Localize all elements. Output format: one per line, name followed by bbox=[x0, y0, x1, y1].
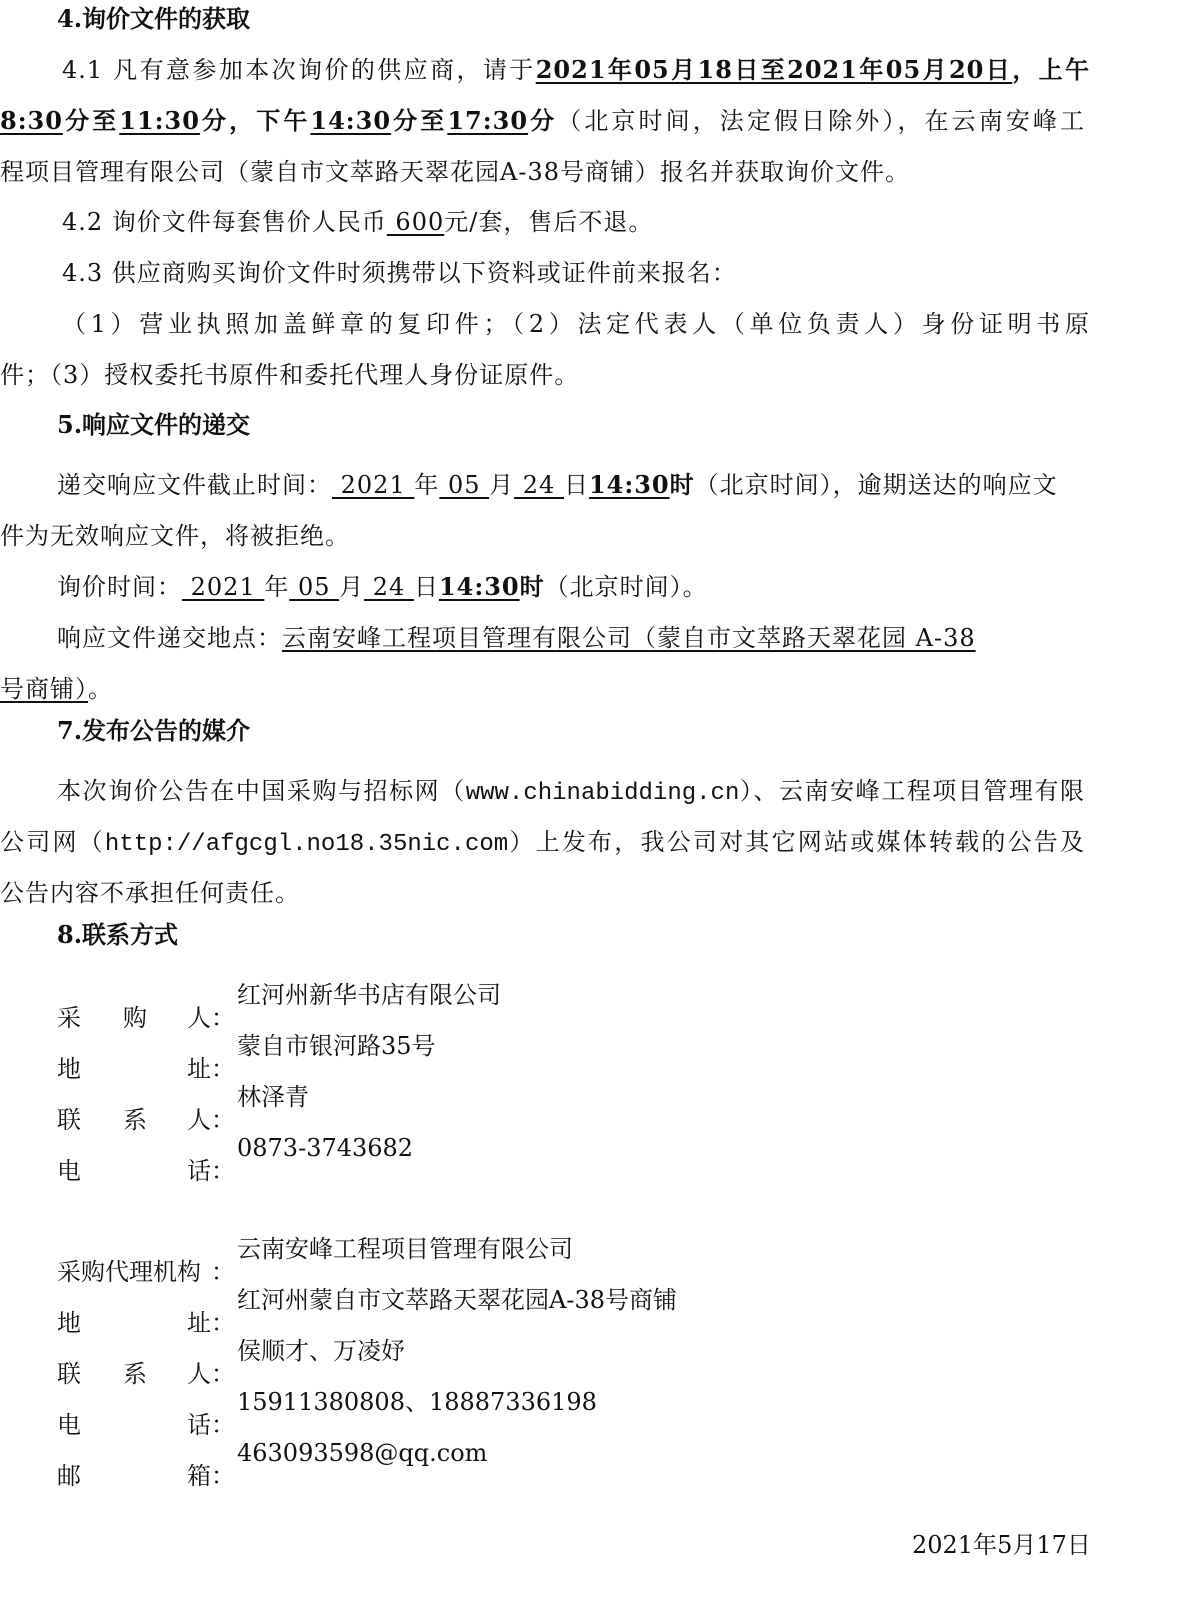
location-end: 。 bbox=[88, 675, 113, 703]
purchaser-name-row: 采购人：红河州新华书店有限公司 bbox=[57, 980, 501, 1010]
inquiry-day-unit: 日 bbox=[414, 573, 439, 601]
inquiry-month-unit: 月 bbox=[339, 573, 364, 601]
inquiry-day: 24 bbox=[364, 573, 414, 601]
p41-sep1: 分至 bbox=[63, 106, 119, 135]
p41-sep2: 分，下午 bbox=[200, 106, 310, 135]
label-char: 人 bbox=[187, 1359, 211, 1389]
label-char: 购 bbox=[123, 1003, 147, 1033]
purchaser-phone-row: 电话：0873-3743682 bbox=[57, 1133, 413, 1163]
paragraph-4-1-line1: 4.1 凡有意参加本次询价的供应商，请于2021年05月18日至2021年05月… bbox=[62, 55, 1090, 85]
label-char: 电 bbox=[57, 1410, 81, 1440]
agency-contact-persons: 侯顺才、万凌妤 bbox=[237, 1336, 405, 1366]
deadline-year-unit: 年 bbox=[414, 471, 439, 499]
inquiry-month: 05 bbox=[289, 573, 339, 601]
purchaser-contact-row: 联系人：林泽青 bbox=[57, 1082, 309, 1112]
submission-location-line2: 号商铺）。 bbox=[0, 674, 113, 704]
paragraph-4-3: 4.3 供应商购买询价文件时须携带以下资料或证件前来报名： bbox=[62, 258, 737, 288]
purchaser-contact-person: 林泽青 bbox=[237, 1082, 309, 1112]
agency-address-row: 地址：红河州蒙自市文萃路天翠花园A-38号商铺 bbox=[57, 1285, 677, 1315]
paragraph-4-1-line2: 8:30分至11:30分，下午14:30分至17:30分（北京时间，法定假日除外… bbox=[0, 106, 1085, 136]
purchaser-address-row: 地址：蒙自市银河路35号 bbox=[57, 1031, 436, 1061]
location-label: 响应文件递交地点： bbox=[57, 624, 282, 652]
inquiry-time-rest: （北京时间）。 bbox=[545, 573, 708, 601]
required-items-line1: （1）营业执照加盖鲜章的复印件；（2）法定代表人（单位负责人）身份证明书原 bbox=[62, 309, 1090, 339]
deadline-time-unit: 时 bbox=[670, 470, 695, 499]
deadline-day: 24 bbox=[514, 471, 564, 499]
company-url: http://afgcgl.no18.35nic.com bbox=[105, 831, 508, 858]
inquiry-year-unit: 年 bbox=[264, 573, 289, 601]
media-line2: 公司网（http://afgcgl.no18.35nic.com）上发布，我公司… bbox=[0, 827, 1085, 860]
label-char: 系 bbox=[123, 1105, 147, 1135]
signature-date: 2021年5月17日 bbox=[912, 1530, 1091, 1560]
label-char: 系 bbox=[123, 1359, 147, 1389]
inquiry-time-value: 14:30 bbox=[439, 572, 520, 601]
agency-address: 红河州蒙自市文萃路天翠花园A-38号商铺 bbox=[237, 1285, 677, 1315]
deadline-day-unit: 日 bbox=[564, 471, 589, 499]
deadline-line1: 递交响应文件截止时间： 2021 年 05 月 24 日14:30时（北京时间）… bbox=[57, 470, 1058, 500]
media-line1: 本次询价公告在中国采购与招标网（www.chinabidding.cn）、云南安… bbox=[57, 776, 1085, 809]
label-char: 址 bbox=[187, 1054, 211, 1084]
media-line2-a: 公司网（ bbox=[0, 828, 105, 856]
deadline-year: 2021 bbox=[332, 471, 414, 499]
paragraph-4-2: 4.2 询价文件每套售价人民币 600元/套，售后不退。 bbox=[62, 207, 653, 237]
submission-location-line1: 响应文件递交地点：云南安峰工程项目管理有限公司（蒙自市文萃路天翠花园 A-38 bbox=[57, 623, 1085, 653]
label-full: 采购代理机构 bbox=[57, 1257, 201, 1287]
label-char: 话 bbox=[187, 1410, 211, 1440]
media-line3: 公告内容不承担任何责任。 bbox=[0, 878, 300, 908]
purchaser-address: 蒙自市银河路35号 bbox=[237, 1031, 436, 1061]
inquiry-year: 2021 bbox=[182, 573, 264, 601]
p41-after-dates: ，上午 bbox=[1012, 55, 1090, 84]
time-am-end: 11:30 bbox=[119, 106, 200, 135]
deadline-month: 05 bbox=[439, 471, 489, 499]
label-colon: ： bbox=[211, 1461, 235, 1491]
label-char: 话 bbox=[187, 1156, 211, 1186]
media-line1-b: ）、云南安峰工程项目管理有限 bbox=[739, 777, 1085, 805]
document-price: 600 bbox=[387, 208, 444, 236]
label-colon: ： bbox=[211, 1359, 235, 1389]
label-char: 人 bbox=[187, 1003, 211, 1033]
paragraph-4-1-line3: 程项目管理有限公司（蒙自市文萃路天翠花园A-38号商铺）报名并获取询价文件。 bbox=[0, 157, 910, 187]
agency-phone: 15911380808、18887336198 bbox=[237, 1387, 597, 1417]
agency-contact-row: 联系人：侯顺才、万凌妤 bbox=[57, 1336, 405, 1366]
label-char: 地 bbox=[57, 1054, 81, 1084]
deadline-label: 递交响应文件截止时间： bbox=[57, 471, 332, 499]
section-7-heading: 7.发布公告的媒介 bbox=[57, 716, 250, 746]
agency-name: 云南安峰工程项目管理有限公司 bbox=[237, 1234, 573, 1264]
chinabidding-url: www.chinabidding.cn bbox=[466, 780, 740, 807]
inquiry-time-label: 询价时间： bbox=[57, 573, 182, 601]
deadline-time: 14:30 bbox=[589, 470, 670, 499]
deadline-line2: 件为无效响应文件，将被拒绝。 bbox=[0, 521, 350, 551]
p41-sep4: 分 bbox=[528, 106, 557, 135]
media-line2-b: ）上发布，我公司对其它网站或媒体转载的公告及 bbox=[508, 828, 1085, 856]
label-colon: ： bbox=[211, 1054, 235, 1084]
media-line1-a: 本次询价公告在中国采购与招标网（ bbox=[57, 777, 466, 805]
p41-prefix: 4.1 凡有意参加本次询价的供应商，请于 bbox=[62, 56, 536, 84]
agency-name-row: 采购代理机构：云南安峰工程项目管理有限公司 bbox=[57, 1234, 573, 1264]
label-colon: ： bbox=[211, 1308, 235, 1338]
required-items-line2: 件；（3）授权委托书原件和委托代理人身份证原件。 bbox=[0, 360, 579, 390]
location-value-line2: 号商铺） bbox=[0, 675, 88, 703]
label-char: 地 bbox=[57, 1308, 81, 1338]
time-pm-end: 17:30 bbox=[447, 106, 528, 135]
time-am-start: 8:30 bbox=[0, 106, 63, 135]
label-colon: ： bbox=[211, 1257, 235, 1287]
registration-dates: 2021年05月18日至2021年05月20日 bbox=[536, 55, 1012, 84]
label-colon: ： bbox=[211, 1003, 235, 1033]
purchaser-name: 红河州新华书店有限公司 bbox=[237, 980, 501, 1010]
agency-email-row: 邮箱：463093598@qq.com bbox=[57, 1438, 487, 1468]
purchaser-phone: 0873-3743682 bbox=[237, 1133, 413, 1163]
label-char: 联 bbox=[57, 1359, 81, 1389]
label-char: 电 bbox=[57, 1156, 81, 1186]
section-8-heading: 8.联系方式 bbox=[57, 920, 178, 950]
deadline-rest: （北京时间），逾期送达的响应文 bbox=[695, 471, 1058, 499]
deadline-month-unit: 月 bbox=[489, 471, 514, 499]
label-char: 址 bbox=[187, 1308, 211, 1338]
location-value-line1: 云南安峰工程项目管理有限公司（蒙自市文萃路天翠花园 A-38 bbox=[282, 624, 976, 652]
label-colon: ： bbox=[211, 1105, 235, 1135]
inquiry-time-unit: 时 bbox=[520, 572, 545, 601]
label-char: 联 bbox=[57, 1105, 81, 1135]
label-colon: ： bbox=[211, 1410, 235, 1440]
time-pm-start: 14:30 bbox=[310, 106, 391, 135]
p41-sep3: 分至 bbox=[391, 106, 447, 135]
p42-prefix: 4.2 询价文件每套售价人民币 bbox=[62, 208, 387, 236]
label-char: 采 bbox=[57, 1003, 81, 1033]
label-char: 箱 bbox=[187, 1461, 211, 1491]
p42-suffix: 元/套，售后不退。 bbox=[444, 208, 653, 236]
agency-phone-row: 电话：15911380808、18887336198 bbox=[57, 1387, 597, 1417]
section-4-heading: 4.询价文件的获取 bbox=[57, 4, 250, 34]
agency-email: 463093598@qq.com bbox=[237, 1438, 487, 1468]
p41-rest: （北京时间，法定假日除外），在云南安峰工 bbox=[557, 107, 1085, 135]
label-colon: ： bbox=[211, 1156, 235, 1186]
inquiry-time: 询价时间： 2021 年 05 月 24 日14:30时（北京时间）。 bbox=[57, 572, 708, 602]
label-char: 人 bbox=[187, 1105, 211, 1135]
section-5-heading: 5.响应文件的递交 bbox=[57, 410, 250, 440]
label-char: 邮 bbox=[57, 1461, 81, 1491]
